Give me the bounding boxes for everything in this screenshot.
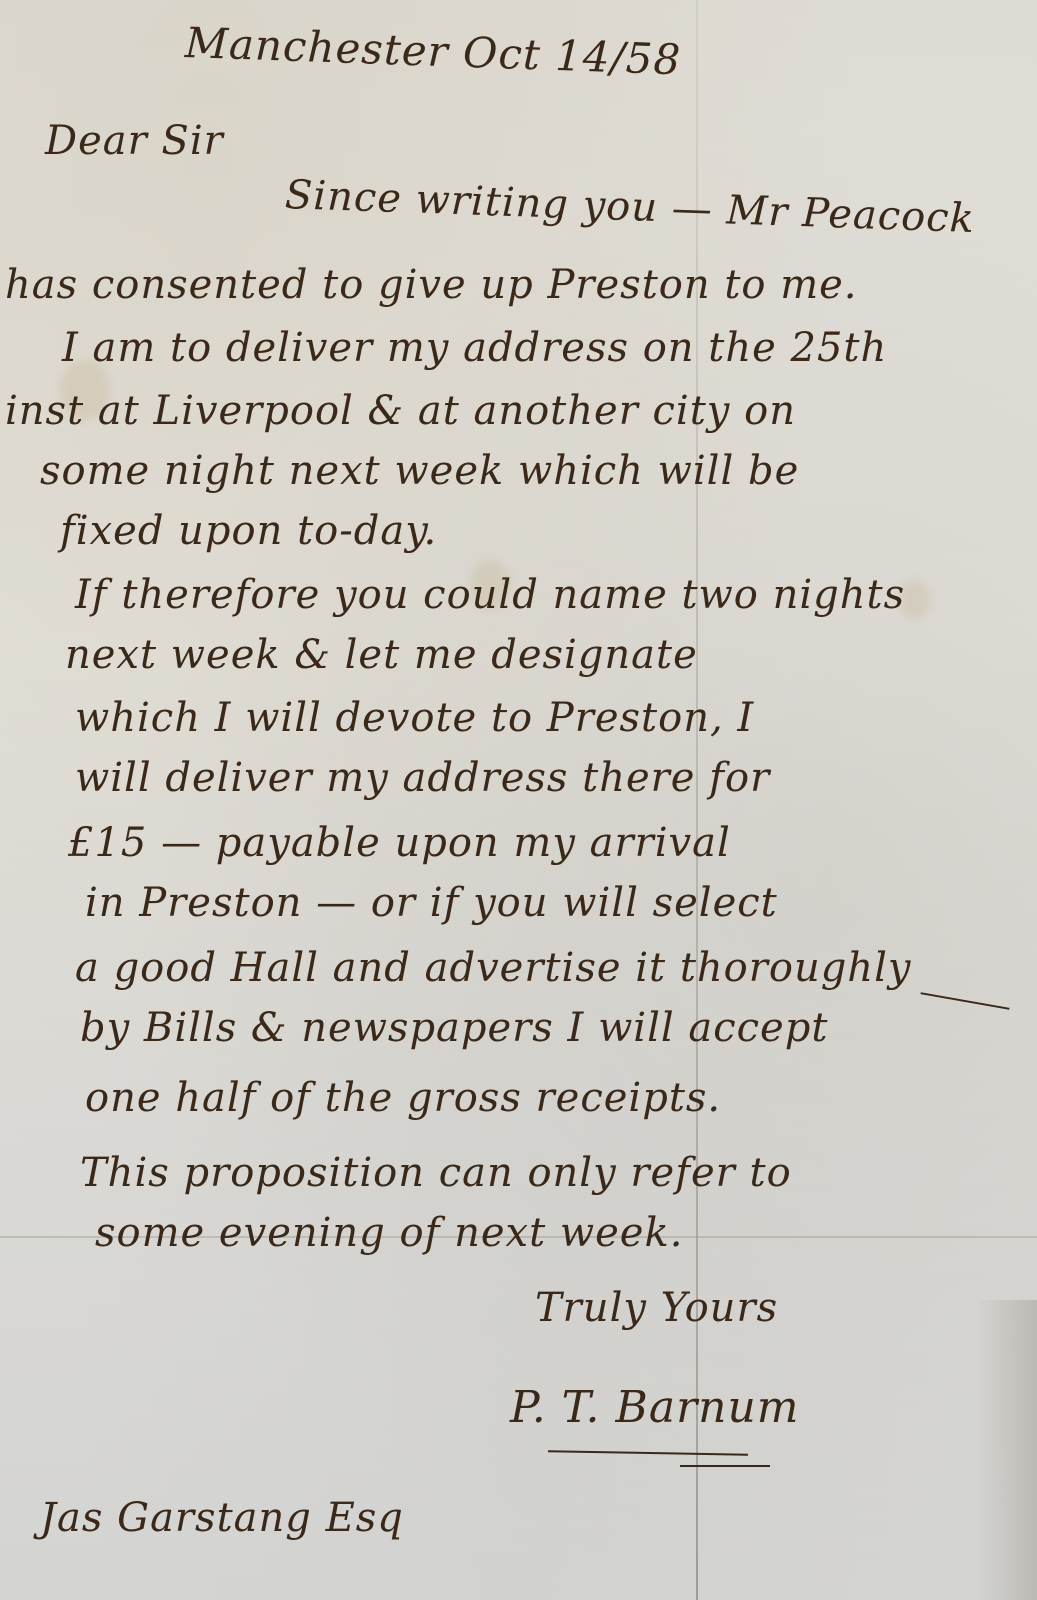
body-line: some night next week which will be (40, 448, 799, 494)
body-line: which I will devote to Preston, I (75, 695, 754, 741)
body-line: I am to deliver my address on the 25th (62, 325, 887, 371)
body-line: some evening of next week. (95, 1210, 683, 1256)
signature-flourish (680, 1465, 770, 1467)
addressee: Jas Garstang Esq (40, 1495, 404, 1541)
body-line: a good Hall and advertise it thoroughly (75, 945, 911, 991)
body-line: will deliver my address there for (75, 755, 770, 801)
body-line: next week & let me designate (65, 632, 698, 678)
body-line: £15 — payable upon my arrival (68, 820, 731, 866)
body-line: has consented to give up Preston to me. (5, 262, 858, 308)
signature-underline (548, 1450, 748, 1455)
body-line: inst at Liverpool & at another city on (5, 388, 796, 434)
underline-mark (921, 992, 1010, 1010)
body-line: fixed upon to-day. (60, 508, 437, 554)
salutation: Dear Sir (45, 118, 224, 164)
body-line: If therefore you could name two nights (75, 572, 905, 618)
body-line: Since writing you — Mr Peacock (284, 172, 975, 242)
edge-shadow (977, 1300, 1037, 1600)
letter-page: Manchester Oct 14/58 Dear Sir Since writ… (0, 0, 1037, 1600)
body-line: by Bills & newspapers I will accept (80, 1005, 828, 1051)
closing: Truly Yours (535, 1285, 778, 1331)
body-line: one half of the gross receipts. (85, 1075, 721, 1121)
signature: P. T. Barnum (510, 1382, 800, 1433)
body-line: in Preston — or if you will select (85, 880, 778, 926)
body-line: This proposition can only refer to (80, 1150, 792, 1196)
place-date: Manchester Oct 14/58 (184, 18, 682, 84)
